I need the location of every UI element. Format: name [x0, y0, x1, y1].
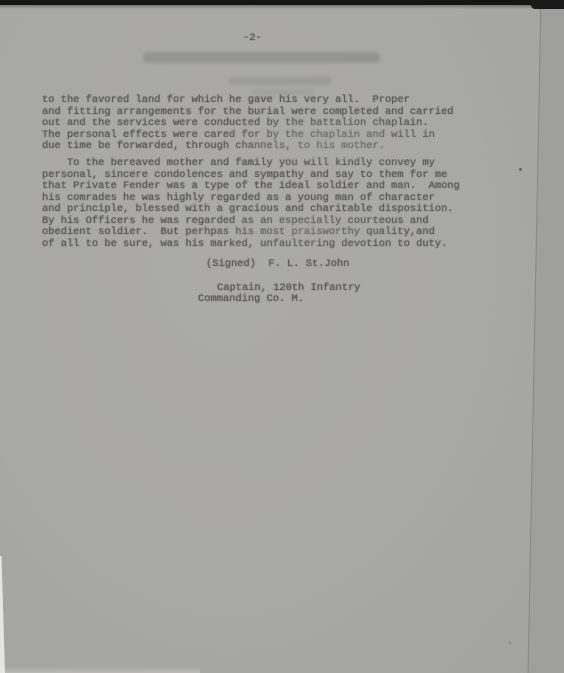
- dust-speck: [509, 642, 511, 644]
- scan-top-edge-blob: [531, 0, 564, 9]
- signature-command: Commanding Co. M.: [198, 294, 304, 306]
- signature-line: (Signed) F. L. St.John: [206, 259, 349, 271]
- scan-bottom-edge-light: [0, 667, 200, 673]
- page-number: -2-: [243, 33, 262, 45]
- dust-speck: [519, 168, 522, 171]
- paragraph-condolences: To the bereaved mother and family you wi…: [42, 158, 460, 250]
- scan-top-edge: [0, 0, 564, 5]
- letter-paper: -2- to the favored land for which he gav…: [0, 0, 541, 673]
- scanned-letter-page: -2- to the favored land for which he gav…: [0, 0, 564, 673]
- paragraph-burial: to the favored land for which he gave hi…: [42, 95, 454, 153]
- bleedthrough-smudge: [143, 52, 380, 63]
- bleedthrough-smudge: [228, 77, 332, 85]
